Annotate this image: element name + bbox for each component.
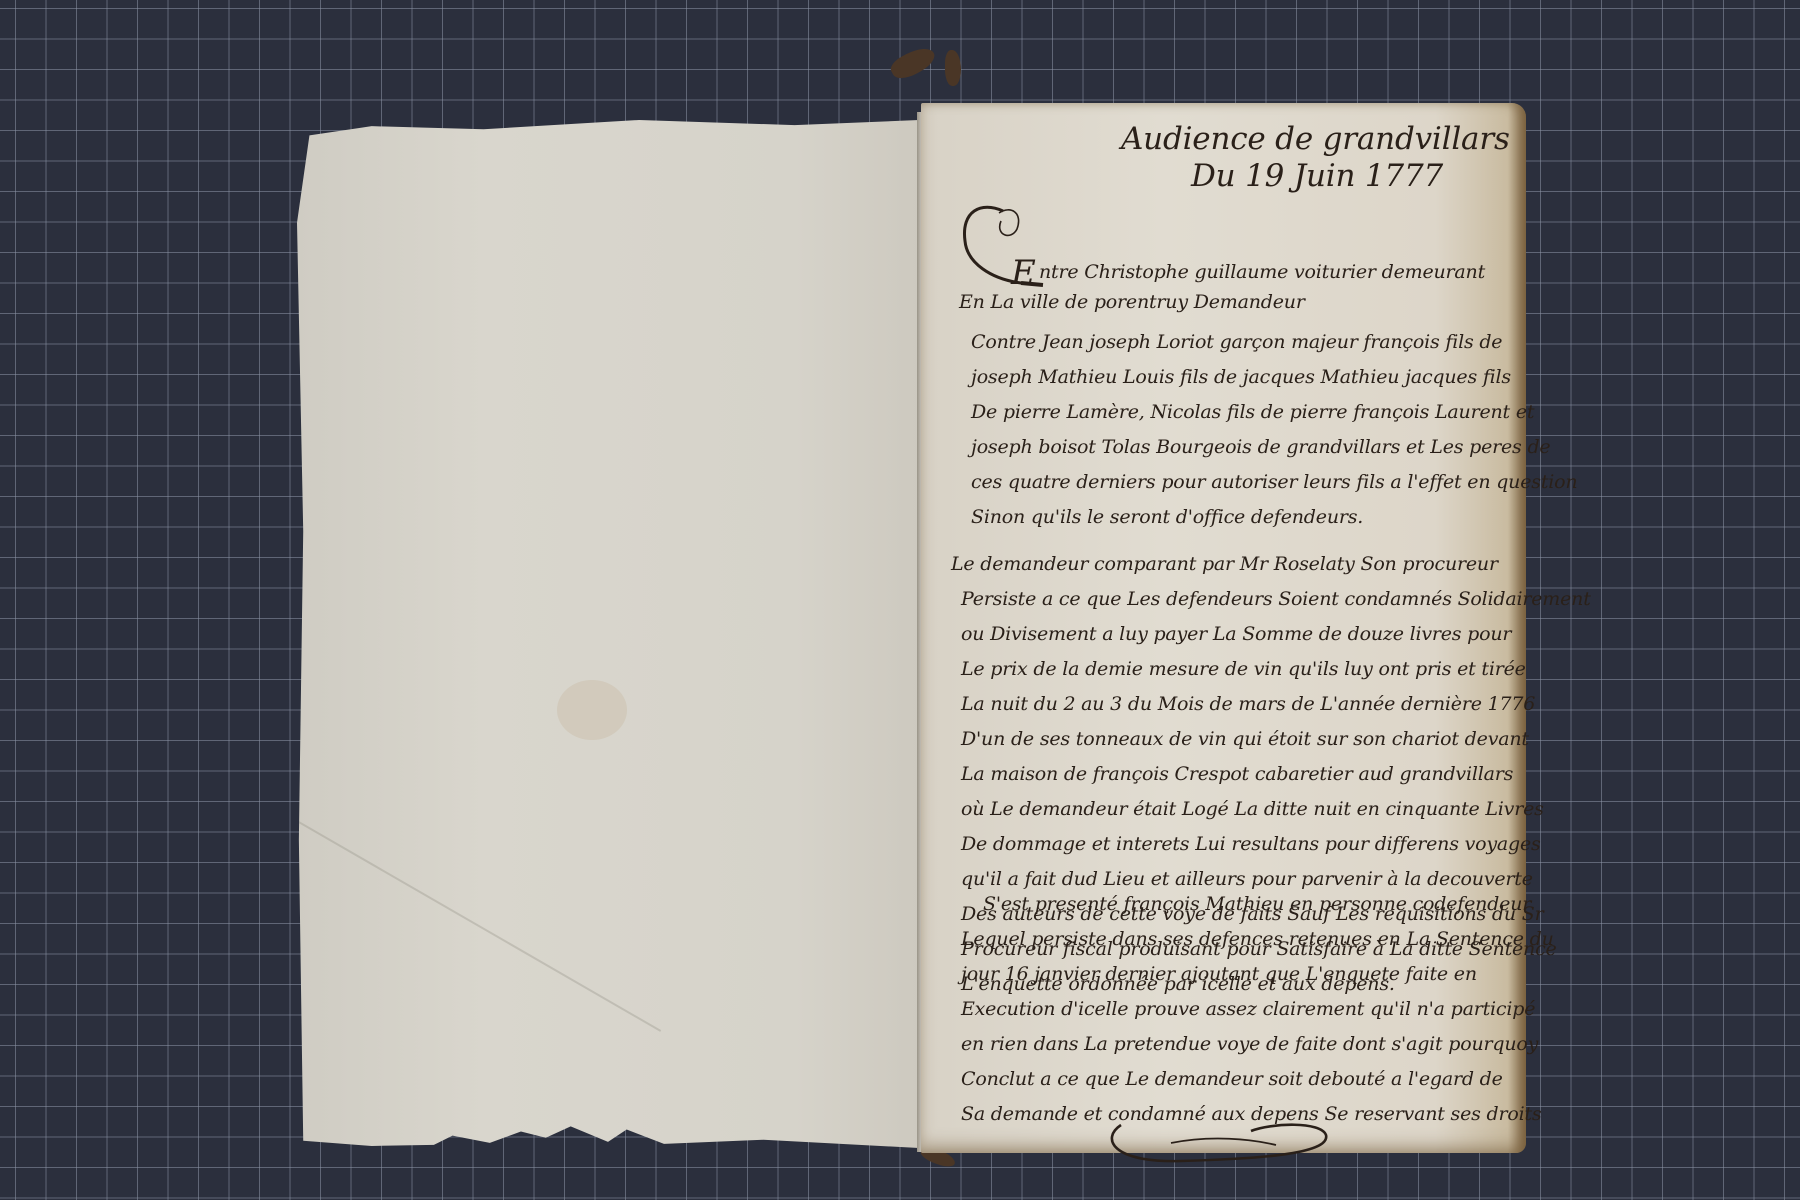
manuscript-line: Lequel persiste dans ses defences retenu… [961, 928, 1554, 950]
binding-string-top-knot [945, 50, 961, 86]
manuscript-line: Conclut a ce que Le demandeur soit debou… [961, 1068, 1503, 1090]
left-page-blank [297, 120, 919, 1148]
manuscript-line: jour 16 janvier dernier ajoutant que L'e… [961, 963, 1477, 985]
binding-string-top [888, 42, 939, 83]
manuscript-line: en rien dans La pretendue voye de faite … [961, 1033, 1538, 1055]
closing-flourish [1101, 1113, 1341, 1173]
manuscript-line: Execution d'icelle prouve assez claireme… [961, 998, 1535, 1020]
right-page-lower-text: S'est presenté françois Mathieu en perso… [921, 103, 1526, 1153]
fold-crease [297, 820, 662, 1032]
paper-stain [557, 680, 627, 740]
manuscript-line: S'est presenté françois Mathieu en perso… [983, 893, 1531, 915]
